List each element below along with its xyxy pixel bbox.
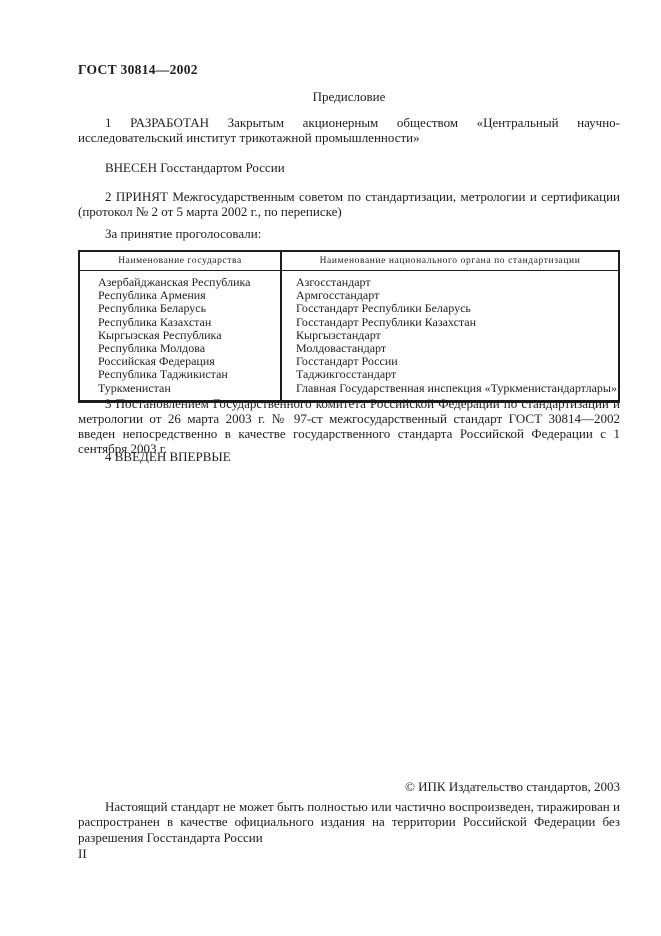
document-page: ГОСТ 30814—2002 Предисловие 1 РАЗРАБОТАН… <box>0 0 661 936</box>
org-cell: Кыргызстандарт <box>281 329 619 342</box>
table-row: Республика Казахстан Госстандарт Республ… <box>79 316 619 329</box>
state-cell: Российская Федерация <box>79 355 281 368</box>
state-cell: Республика Беларусь <box>79 302 281 315</box>
table-row: Республика Молдова Молдовастандарт <box>79 342 619 355</box>
org-cell: Азгосстандарт <box>281 271 619 290</box>
page-number: II <box>78 846 87 862</box>
state-cell: Азербайджанская Республика <box>79 271 281 290</box>
org-cell: Молдовастандарт <box>281 342 619 355</box>
org-cell: Госстандарт Республики Казахстан <box>281 316 619 329</box>
doc-code: ГОСТ 30814—2002 <box>78 62 620 78</box>
state-cell: Республика Молдова <box>79 342 281 355</box>
clause-submitted: ВНЕСЕН Госстандартом России <box>78 160 620 175</box>
state-cell: Республика Армения <box>79 289 281 302</box>
table-header-state: Наименование государства <box>79 251 281 271</box>
org-cell: Госстандарт России <box>281 355 619 368</box>
state-cell: Кыргызская Республика <box>79 329 281 342</box>
clause-resolution: 3 Постановлением Государственного комите… <box>78 396 620 456</box>
clause-developed: 1 РАЗРАБОТАН Закрытым акционерным общест… <box>78 115 620 145</box>
clause-adopted: 2 ПРИНЯТ Межгосударственным советом по с… <box>78 189 620 219</box>
vote-intro: За принятие проголосовали: <box>78 226 620 241</box>
state-cell: Республика Таджикистан <box>79 368 281 381</box>
table-row: Российская Федерация Госстандарт России <box>79 355 619 368</box>
table-row: Азербайджанская Республика Азгосстандарт <box>79 271 619 290</box>
org-cell: Госстандарт Республики Беларусь <box>281 302 619 315</box>
state-cell: Республика Казахстан <box>79 316 281 329</box>
copyright-line: © ИПК Издательство стандартов, 2003 <box>78 779 620 795</box>
table-row: Республика Армения Армгосстандарт <box>79 289 619 302</box>
voting-table: Наименование государства Наименование на… <box>78 250 620 403</box>
table-row: Республика Беларусь Госстандарт Республи… <box>79 302 619 315</box>
table-header-org: Наименование национального органа по ста… <box>281 251 619 271</box>
clause-first-introduced: 4 ВВЕДЕН ВПЕРВЫЕ <box>78 449 620 464</box>
reproduction-notice: Настоящий стандарт не может быть полност… <box>78 799 620 845</box>
table-row: Республика Таджикистан Таджикгосстандарт <box>79 368 619 381</box>
table-row: Кыргызская Республика Кыргызстандарт <box>79 329 619 342</box>
org-cell: Армгосстандарт <box>281 289 619 302</box>
org-cell: Таджикгосстандарт <box>281 368 619 381</box>
table-header-row: Наименование государства Наименование на… <box>79 251 619 271</box>
page-title: Предисловие <box>78 89 620 105</box>
